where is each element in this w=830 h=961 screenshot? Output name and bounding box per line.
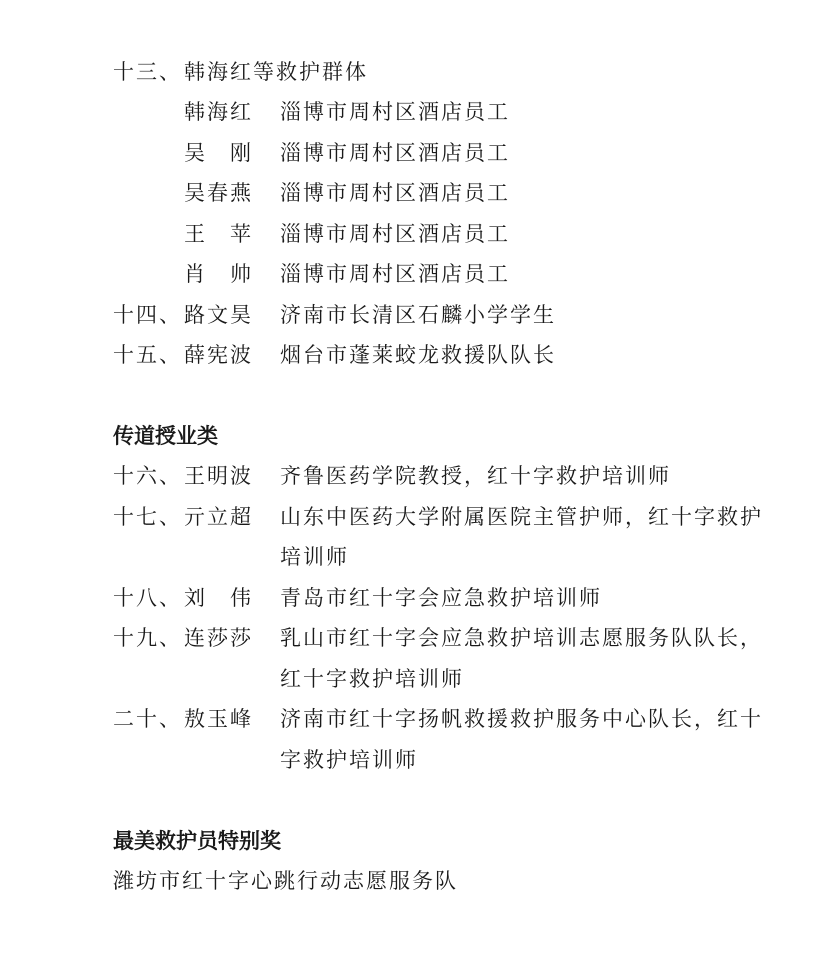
member-desc: 淄博市周村区酒店员工 — [280, 262, 510, 286]
item-number: 十七、 — [113, 505, 182, 529]
recipient-name: 亓立超 — [184, 505, 253, 529]
recipient-desc: 乳山市红十字会应急救护培训志愿服务队队长， — [280, 626, 763, 650]
member-desc: 淄博市周村区酒店员工 — [280, 222, 510, 246]
item-number: 十八、 — [113, 586, 182, 610]
item-number: 二十、 — [113, 707, 182, 731]
member-desc: 淄博市周村区酒店员工 — [280, 141, 510, 165]
recipient-desc: 济南市长清区石麟小学学生 — [280, 303, 556, 327]
item-number: 十三、 — [113, 60, 182, 84]
recipient-name: 刘 伟 — [184, 586, 253, 610]
section-heading-teaching: 传道授业类 — [113, 424, 218, 448]
recipient-desc-cont: 红十字救护培训师 — [280, 667, 464, 691]
recipient-name: 王明波 — [184, 464, 253, 488]
recipient-desc: 济南市红十字扬帆救援救护服务中心队长，红十 — [280, 707, 763, 731]
item-number: 十九、 — [113, 626, 182, 650]
recipient-name: 路文昊 — [184, 303, 253, 327]
item-number: 十五、 — [113, 343, 182, 367]
member-desc: 淄博市周村区酒店员工 — [280, 100, 510, 124]
recipient-desc-cont: 字救护培训师 — [280, 748, 418, 772]
recipient-name: 薛宪波 — [184, 343, 253, 367]
member-desc: 淄博市周村区酒店员工 — [280, 181, 510, 205]
member-name: 吴 刚 — [184, 141, 253, 165]
member-name: 王 苹 — [184, 222, 253, 246]
group-title: 韩海红等救护群体 — [184, 60, 368, 84]
special-award-recipient: 潍坊市红十字心跳行动志愿服务队 — [113, 869, 458, 893]
section-heading-special: 最美救护员特别奖 — [113, 829, 281, 853]
recipient-desc: 齐鲁医药学院教授，红十字救护培训师 — [280, 464, 671, 488]
item-number: 十四、 — [113, 303, 182, 327]
recipient-desc: 青岛市红十字会应急救护培训师 — [280, 586, 602, 610]
recipient-desc-cont: 培训师 — [280, 545, 349, 569]
member-name: 吴春燕 — [184, 181, 253, 205]
item-number: 十六、 — [113, 464, 182, 488]
recipient-name: 敖玉峰 — [184, 707, 253, 731]
member-name: 肖 帅 — [184, 262, 253, 286]
member-name: 韩海红 — [184, 100, 253, 124]
recipient-desc: 山东中医药大学附属医院主管护师，红十字救护 — [280, 505, 763, 529]
recipient-desc: 烟台市蓬莱蛟龙救援队队长 — [280, 343, 556, 367]
recipient-name: 连莎莎 — [184, 626, 253, 650]
